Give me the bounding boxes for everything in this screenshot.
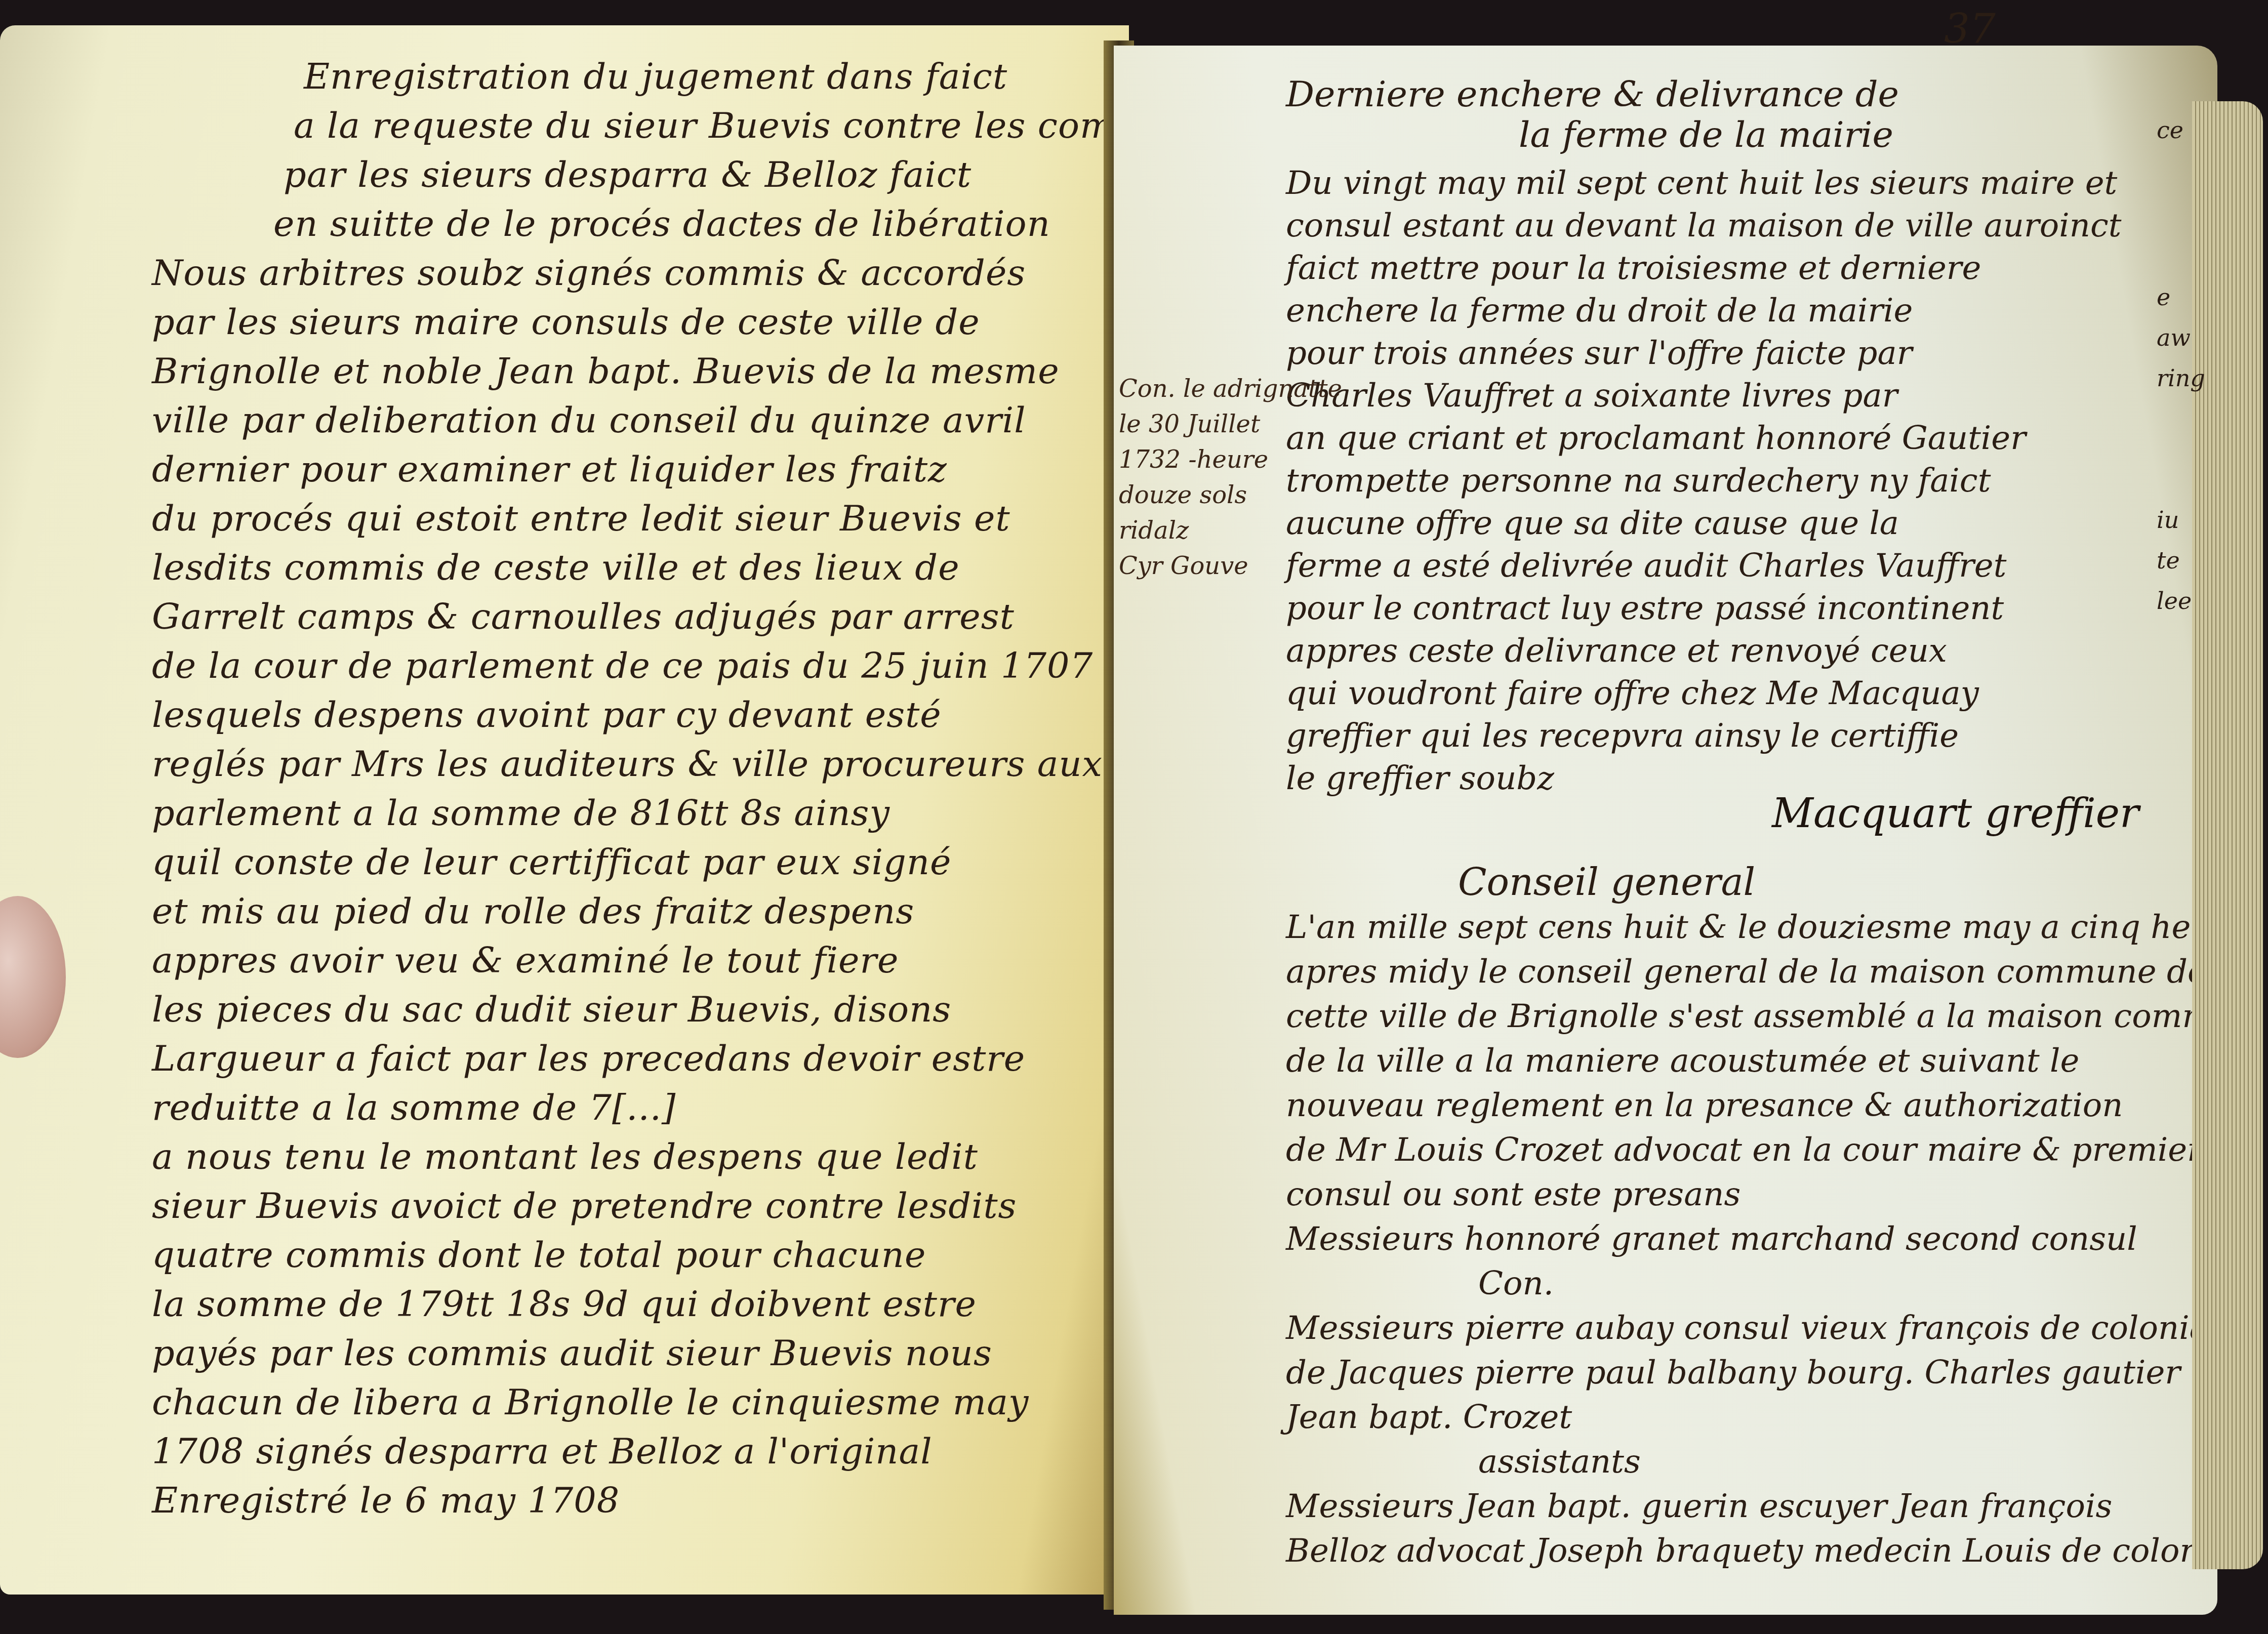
manuscript-line: Nous arbitres soubz signés commis & acco… bbox=[152, 252, 1026, 294]
margin-note-line: le 30 Juillet bbox=[1119, 410, 1260, 438]
manuscript-line: L'an mille sept cens huit & le douziesme… bbox=[1286, 909, 2217, 946]
manuscript-line: Messieurs pierre aubay consul vieux fran… bbox=[1286, 1310, 2209, 1347]
manuscript-line: de Mr Louis Crozet advocat en la cour ma… bbox=[1286, 1131, 2203, 1169]
manuscript-line: les pieces du sac dudit sieur Buevis, di… bbox=[152, 989, 951, 1030]
manuscript-line: qui voudront faire offre chez Me Macquay bbox=[1286, 675, 1979, 712]
margin-note-line: Con. le adrignatte bbox=[1119, 375, 1342, 403]
manuscript-line: pour le contract luy estre passé inconti… bbox=[1286, 590, 2004, 627]
manuscript-line: greffier qui les recepvra ainsy le certi… bbox=[1286, 717, 1959, 755]
manuscript-line: Largueur a faict par les precedans devoi… bbox=[152, 1038, 1025, 1079]
manuscript-line: Charles Vauffret a soixante livres par bbox=[1286, 377, 1897, 415]
manuscript-line: Con. bbox=[1478, 1265, 1554, 1302]
manuscript-line: a la requeste du sieur Buevis contre les… bbox=[294, 105, 1129, 146]
open-manuscript-book: Enregistration du jugement dans faicta l… bbox=[0, 0, 2268, 1634]
manuscript-line: ville par deliberation du conseil du qui… bbox=[152, 399, 1026, 441]
edge-mark: lee bbox=[2157, 587, 2192, 615]
edge-mark: aw bbox=[2157, 324, 2191, 351]
manuscript-line: Belloz advocat Joseph braquety medecin L… bbox=[1286, 1532, 2217, 1570]
manuscript-line: trompette personne na surdechery ny faic… bbox=[1286, 462, 1991, 500]
manuscript-line: Messieurs honnoré granet marchand second… bbox=[1286, 1220, 2137, 1258]
manuscript-line: Enregistration du jugement dans faict bbox=[304, 56, 1007, 97]
manuscript-line: Enregistré le 6 may 1708 bbox=[152, 1480, 620, 1521]
manuscript-line: de Jacques pierre paul balbany bourg. Ch… bbox=[1286, 1354, 2180, 1392]
manuscript-line: du procés qui estoit entre ledit sieur B… bbox=[152, 498, 1010, 539]
greffier-signature: Macquart greffier bbox=[1772, 790, 2139, 837]
manuscript-line: assistants bbox=[1478, 1443, 1641, 1481]
left-page: Enregistration du jugement dans faicta l… bbox=[0, 25, 1129, 1595]
manuscript-line: de la ville a la maniere acoustumée et s… bbox=[1286, 1042, 2079, 1080]
manuscript-line: chacun de libera a Brignolle le cinquies… bbox=[152, 1381, 1029, 1423]
margin-note-line: Cyr Gouve bbox=[1119, 552, 1248, 580]
manuscript-line: consul estant au devant la maison de vil… bbox=[1286, 207, 2121, 244]
manuscript-line: lesquels despens avoint par cy devant es… bbox=[152, 694, 942, 736]
manuscript-line: apres midy le conseil general de la mais… bbox=[1286, 953, 2207, 991]
manuscript-line: la somme de 179tt 18s 9d qui doibvent es… bbox=[152, 1283, 977, 1325]
manuscript-line: et mis au pied du rolle des fraitz despe… bbox=[152, 890, 914, 932]
manuscript-line: cette ville de Brignolle s'est assemblé … bbox=[1286, 998, 2217, 1035]
margin-note-line: douze sols bbox=[1119, 481, 1247, 509]
manuscript-line: nouveau reglement en la presance & autho… bbox=[1286, 1087, 2123, 1124]
manuscript-line: faict mettre pour la troisiesme et derni… bbox=[1286, 250, 1981, 287]
manuscript-line: parlement a la somme de 816tt 8s ainsy bbox=[152, 792, 890, 834]
page-edges bbox=[2192, 101, 2263, 1569]
margin-note-line: 1732 -heure bbox=[1119, 445, 1268, 474]
manuscript-line: par les sieurs desparra & Belloz faict bbox=[283, 154, 971, 195]
manuscript-line: 1708 signés desparra et Belloz a l'origi… bbox=[152, 1431, 933, 1472]
manuscript-line: de la cour de parlement de ce pais du 25… bbox=[152, 645, 1093, 686]
manuscript-line: pour trois années sur l'offre faicte par bbox=[1286, 335, 1912, 372]
edge-mark: iu bbox=[2157, 506, 2179, 534]
manuscript-line: en suitte de le procés dactes de libérat… bbox=[273, 203, 1050, 244]
manuscript-line: payés par les commis audit sieur Buevis … bbox=[152, 1332, 992, 1374]
manuscript-line: par les sieurs maire consuls de ceste vi… bbox=[152, 301, 980, 343]
edge-mark: ce bbox=[2157, 116, 2183, 144]
manuscript-line: enchere la ferme du droit de la mairie bbox=[1286, 292, 1913, 330]
manuscript-line: an que criant et proclamant honnoré Gaut… bbox=[1286, 420, 2026, 457]
manuscript-line: Messieurs Jean bapt. guerin escuyer Jean… bbox=[1286, 1488, 2112, 1525]
manuscript-line: appres ceste delivrance et renvoyé ceux bbox=[1286, 632, 1947, 670]
manuscript-line: le greffier soubz bbox=[1286, 760, 1554, 797]
manuscript-line: dernier pour examiner et liquider les fr… bbox=[152, 448, 947, 490]
council-heading: Conseil general bbox=[1458, 861, 1755, 904]
manuscript-line: a nous tenu le montant les despens que l… bbox=[152, 1136, 978, 1177]
folio-number: 37 bbox=[1944, 5, 1996, 52]
manuscript-line: Du vingt may mil sept cent huit les sieu… bbox=[1286, 165, 2117, 202]
manuscript-line: Brignolle et noble Jean bapt. Buevis de … bbox=[152, 350, 1060, 392]
manuscript-line: reduitte a la somme de 7[...] bbox=[152, 1087, 676, 1128]
edge-mark: ring bbox=[2157, 364, 2205, 392]
manuscript-line: Jean bapt. Crozet bbox=[1286, 1399, 1572, 1436]
margin-note-line: ridalz bbox=[1119, 516, 1189, 545]
manuscript-line: consul ou sont este presans bbox=[1286, 1176, 1740, 1213]
manuscript-line: aucune offre que sa dite cause que la bbox=[1286, 505, 1899, 542]
manuscript-line: quatre commis dont le total pour chacune bbox=[152, 1234, 926, 1276]
edge-mark: e bbox=[2157, 283, 2170, 311]
manuscript-line: ferme a esté delivrée audit Charles Vauf… bbox=[1286, 547, 2006, 585]
manuscript-line: quil conste de leur certifficat par eux … bbox=[152, 841, 951, 883]
edge-mark: te bbox=[2157, 547, 2180, 574]
right-heading-line-2: la ferme de la mairie bbox=[1519, 114, 1893, 155]
manuscript-line: sieur Buevis avoict de pretendre contre … bbox=[152, 1185, 1017, 1227]
manuscript-line: appres avoir veu & examiné le tout fiere bbox=[152, 939, 899, 981]
manuscript-line: Garrelt camps & carnoulles adjugés par a… bbox=[152, 596, 1015, 637]
right-page: Derniere enchere & delivrance de la ferm… bbox=[1114, 46, 2217, 1615]
manuscript-line: reglés par Mrs les auditeurs & ville pro… bbox=[152, 743, 1103, 785]
right-heading-line-1: Derniere enchere & delivrance de bbox=[1286, 73, 1899, 115]
manuscript-line: lesdits commis de ceste ville et des lie… bbox=[152, 547, 960, 588]
